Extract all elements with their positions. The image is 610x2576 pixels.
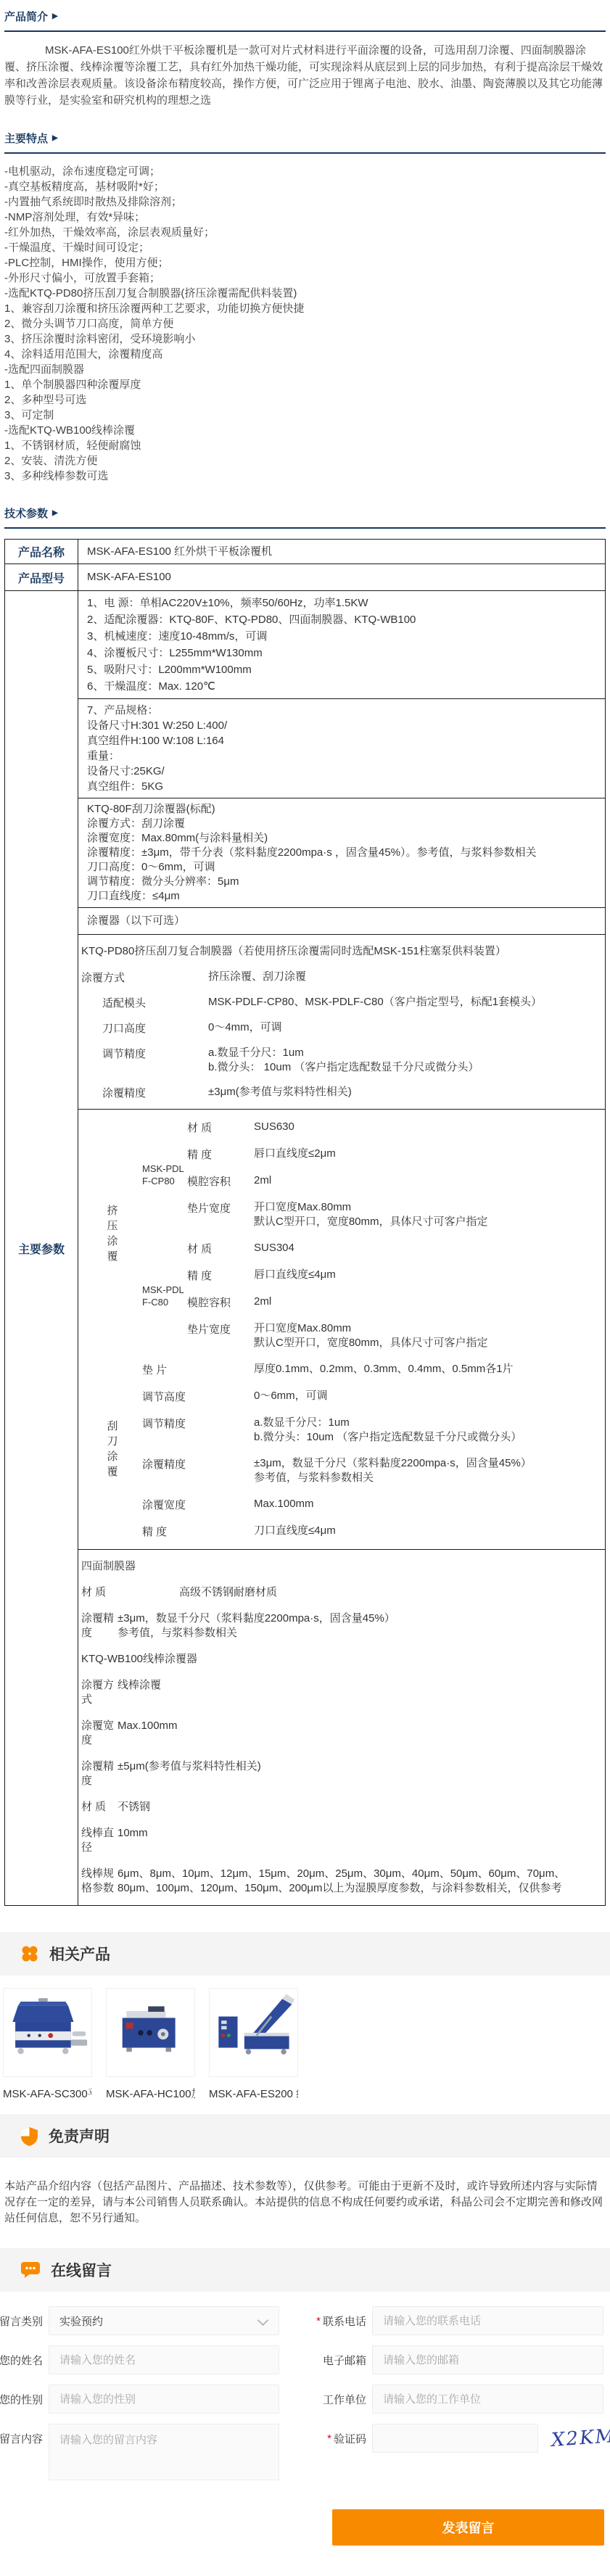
tech-line: 2、适配涂覆器：KTQ-80F、KTQ-PD80、四面制膜器、KTQ-WB100: [87, 611, 598, 628]
disclaimer-title: 免责声明: [49, 2125, 110, 2147]
section-title-intro: 产品简介 ▶: [4, 6, 606, 24]
feature-line: -选配KTQ-PD80挤压刮刀复合制膜器(挤压涂覆需配供料装置): [4, 286, 606, 301]
param-label: 调节精度: [142, 1416, 254, 1445]
table-row: 产品型号 MSK-AFA-ES100: [5, 563, 605, 590]
feature-line: 2、安装、清洗方便: [4, 453, 606, 468]
param-label: 线棒规格参数: [81, 1867, 118, 1896]
tech-line: 真空组件：5KG: [87, 779, 598, 794]
tech-line: 设备尺寸H:301 W:250 L:400/: [87, 718, 598, 733]
model-cp80: MSK-PDLF-CP80 材 质 SUS630 精 度 唇口直: [142, 1114, 598, 1235]
captcha-input[interactable]: [372, 2424, 538, 2453]
basic-params-block: 1、电 源：单相AC220V±10%，频率50/60Hz，功率1.5KW2、适配…: [78, 591, 605, 698]
related-product-card[interactable]: MSK-AFA-HC100加...: [106, 1988, 195, 2101]
param-label: 涂覆精度: [81, 1611, 118, 1640]
param-row: 垫片宽度 开口宽度Max.80mm 默认C型开口，宽度80mm，具体尺寸可客户指…: [187, 1194, 598, 1235]
section-divider: [4, 30, 606, 32]
feature-line: -选配四面制膜器: [4, 362, 606, 377]
param-label: 线棒直径: [81, 1826, 118, 1855]
tech-line: 涂覆方式：刮刀涂覆: [87, 817, 598, 831]
disclaimer-text: 本站产品介绍内容（包括产品图片、产品描述、技术参数等），仅供参考。可能由于更新不…: [0, 2158, 610, 2248]
param-label: 涂覆方式: [81, 1678, 118, 1707]
param-value: 10mm: [118, 1826, 598, 1855]
chevron-down-icon: [257, 2315, 269, 2327]
tech-line: 设备尺寸:25KG/: [87, 764, 598, 779]
param-label: 垫片宽度: [187, 1321, 254, 1350]
related-product-title: MSK-AFA-HC100加...: [106, 2086, 195, 2101]
feature-line: -选配KTQ-WB100线棒涂覆: [4, 423, 606, 438]
feature-line: -外形尺寸偏小，可放置手套箱；: [4, 271, 606, 286]
param-row: 精 度 刀口直线度≤4μm: [142, 1518, 598, 1545]
features-list: -电机驱动，涂布速度稳定可调；-真空基板精度高，基材吸附*好；-内置抽气系统即时…: [4, 164, 606, 484]
tech-line: 真空组件H:100 W:108 L:164: [87, 733, 598, 748]
param-value: 2ml: [254, 1295, 598, 1310]
category-label: * 留言类别: [6, 2306, 49, 2335]
tech-line: 1、电 源：单相AC220V±10%，频率50/60Hz，功率1.5KW: [87, 595, 598, 611]
table-row-main-params: 主要参数 1、电 源：单相AC220V±10%，频率50/60Hz，功率1.5K…: [5, 590, 605, 1905]
tech-line: 涂覆精度：±3μm，带千分表（浆料黏度2200mpa·s ，固含量45%）。参考…: [87, 846, 598, 860]
param-row: 涂覆精度 ±3μm(参考值与浆料特性相关): [81, 1080, 598, 1105]
disclaimer-band: 免责声明: [0, 2114, 610, 2158]
param-label: 材 质: [81, 1585, 118, 1600]
related-product-card[interactable]: MSK-AFA-SC300平...: [3, 1988, 92, 2101]
param-value: a.数显千分尺：1um b.微分头：10um （客户指定选配数显千分尺或微分头）: [254, 1416, 598, 1445]
tech-line: 刀口高度：0～6mm，可调: [87, 860, 598, 875]
param-row: 涂覆宽度 Max.100mm: [81, 1713, 598, 1754]
extrusion-group: 挤压涂覆 MSK-PDLF-CP80 材 质 SUS630: [81, 1114, 598, 1356]
param-value: 唇口直线度≤2μm: [254, 1147, 598, 1162]
product-name-value: MSK-AFA-ES100 红外烘干平板涂覆机: [78, 540, 605, 563]
param-label: 刀口高度: [81, 1020, 208, 1036]
param-value: SUS630: [254, 1120, 598, 1135]
four-side-title: 四面制膜器: [81, 1553, 598, 1580]
required-asterisk: *: [316, 2315, 321, 2327]
param-label: 精 度: [187, 1268, 254, 1283]
email-input[interactable]: [372, 2345, 603, 2374]
param-value: 0～4mm，可调: [208, 1020, 598, 1036]
param-row: 适配模头 MSK-PDLF-CP80、MSK-PDLF-C80（客户指定型号，标…: [81, 990, 598, 1015]
tech-line: KTQ-80F刮刀涂覆器(标配): [87, 802, 598, 817]
product-model-value: MSK-AFA-ES100: [78, 564, 605, 590]
category-selected-value: 实验预约: [59, 2313, 103, 2329]
param-row: 涂覆精度 ±3μm，数显千分尺（浆料黏度2200mpa·s，固含量45%） 参考…: [81, 1606, 598, 1646]
param-row: 调节精度 a.数显千分尺：1um b.微分头： 10um （客户指定选配数显千分…: [81, 1041, 598, 1080]
related-product-title: MSK-AFA-ES200 红...: [209, 2086, 298, 2101]
section-title-tech: 技术参数 ▶: [4, 503, 606, 521]
email-label: 电子邮箱: [279, 2345, 372, 2374]
name-label: 您的姓名: [6, 2345, 49, 2374]
param-row: 调节高度 0～6mm，可调: [142, 1383, 598, 1410]
param-value: SUS304: [254, 1241, 598, 1256]
param-label: 垫 片: [142, 1362, 254, 1377]
param-value: 刀口直线度≤4μm: [254, 1524, 598, 1539]
section-title-features: 主要特点 ▶: [4, 128, 606, 146]
related-products-band: 相关产品: [0, 1932, 610, 1976]
table-row: 产品名称 MSK-AFA-ES100 红外烘干平板涂覆机: [5, 540, 605, 563]
related-products-list: MSK-AFA-SC300平... MSK-AFA-HC100加...: [0, 1976, 610, 2114]
related-product-title: MSK-AFA-SC300平...: [3, 2086, 92, 2101]
triangle-right-icon: ▶: [52, 13, 58, 20]
clover-dots-icon: [20, 1944, 39, 1963]
param-value: 挤压涂覆、刮刀涂覆: [208, 970, 598, 985]
param-value: 唇口直线度≤4μm: [254, 1268, 598, 1283]
param-row: 调节精度 a.数显千分尺：1um b.微分头：10um （客户指定选配数显千分尺…: [142, 1410, 598, 1450]
online-message-band: 在线留言: [0, 2248, 610, 2292]
param-row: 涂覆精度 ±3μm，数显千分尺（浆料黏度2200mpa·s，固含量45%） 参考…: [142, 1450, 598, 1491]
param-row: 模腔容积 2ml: [187, 1289, 598, 1316]
feature-line: -NMP溶剂处理，有效*异味；: [4, 210, 606, 225]
param-row: 模腔容积 2ml: [187, 1168, 598, 1194]
feature-line: 1、单个制膜器四种涂覆厚度: [4, 377, 606, 392]
tech-line: 7、产品规格：: [87, 703, 598, 718]
param-row: 材 质 高级不锈钢耐磨材质: [81, 1580, 598, 1606]
captcha-label: * 验证码: [279, 2424, 372, 2453]
param-value: MSK-PDLF-CP80、MSK-PDLF-C80（客户指定型号，标配1套模头…: [208, 995, 598, 1010]
param-label: 材 质: [187, 1120, 254, 1135]
param-row: 涂覆方式 挤压涂覆、刮刀涂覆: [81, 965, 598, 990]
param-row: 精 度 唇口直线度≤4μm: [187, 1262, 598, 1289]
param-label: 模腔容积: [187, 1173, 254, 1189]
param-label: 适配模头: [81, 995, 208, 1010]
param-value: ±5μm(参考值与浆料特性相关): [118, 1759, 598, 1788]
feature-line: -红外加热，干燥效率高，涂层表观质量好；: [4, 225, 606, 240]
row-header: 产品名称: [5, 540, 78, 563]
param-value: 高级不锈钢耐磨材质: [118, 1585, 598, 1600]
coater-groups-block: 挤压涂覆 MSK-PDLF-CP80 材 质 SUS630: [78, 1109, 605, 1549]
ktq80f-block: KTQ-80F刮刀涂覆器(标配)涂覆方式：刮刀涂覆涂覆宽度：Max.80mm(与…: [78, 798, 605, 907]
param-value: 不锈钢: [118, 1800, 598, 1815]
shield-icon: [20, 2126, 38, 2146]
param-value: a.数显千分尺：1um b.微分头： 10um （客户指定选配数显千分尺或微分头…: [208, 1046, 598, 1075]
param-value: 开口宽度Max.80mm 默认C型开口，宽度80mm，具体尺寸可客户指定: [254, 1200, 598, 1229]
feature-line: -PLC控制，HMI操作，使用方便；: [4, 255, 606, 271]
param-value: Max.100mm: [118, 1719, 598, 1748]
wb100-title: KTQ-WB100线棒涂覆器: [81, 1646, 598, 1672]
param-label: 垫片宽度: [187, 1200, 254, 1229]
param-row: 涂覆宽度 Max.100mm: [142, 1491, 598, 1518]
param-label: 材 质: [187, 1241, 254, 1256]
feature-line: 1、兼容刮刀涂覆和挤压涂覆两种工艺要求，功能切换方便快捷: [4, 301, 606, 316]
ktq-pd80-title: KTQ-PD80挤压刮刀复合制膜器（若使用挤压涂覆需同时选配MSK-151柱塞泵…: [81, 938, 598, 965]
gender-input[interactable]: [49, 2385, 279, 2414]
feature-line: 2、微分头调节刀口高度，简单方便: [4, 316, 606, 331]
param-value: 开口宽度Max.80mm 默认C型开口，宽度80mm，具体尺寸可客户指定: [254, 1321, 598, 1350]
machine-hc100-illustration: [109, 1991, 192, 2074]
param-label: 涂覆宽度: [142, 1497, 254, 1512]
message-form: * 留言类别 实验预约 * 联系电话 您的姓名 电子邮箱 您的性别 工作单位: [0, 2292, 610, 2546]
related-product-image: [209, 1988, 298, 2077]
section-divider: [4, 527, 606, 529]
param-row: 线棒直径 10mm: [81, 1820, 598, 1861]
param-label: 调节高度: [142, 1389, 254, 1404]
message-category-select[interactable]: 实验预约: [49, 2306, 279, 2335]
optional-coaters-note: 涂覆器（以下可选）: [78, 907, 605, 934]
feature-line: 3、多种线棒参数可选: [4, 468, 606, 484]
param-label: 涂覆精度: [142, 1456, 254, 1485]
wb100-rows: 涂覆方式 线棒涂覆 涂覆宽度 Max.100mm 涂覆精度 ±5μm(参考值与浆…: [81, 1672, 598, 1902]
param-row: 材 质 不锈钢: [81, 1794, 598, 1820]
feature-line: -内置抽气系统即时散热及排除溶剂；: [4, 194, 606, 210]
feature-line: -真空基板精度高，基材吸附*好；: [4, 179, 606, 194]
param-label: 调节精度: [81, 1046, 208, 1075]
feature-line: 2、多种型号可选: [4, 392, 606, 408]
tech-line: 5、吸附尺寸：L200mm*W100mm: [87, 661, 598, 678]
gender-label: 您的性别: [6, 2385, 49, 2414]
tech-line: 6、干燥温度：Max. 120℃: [87, 678, 598, 695]
machine-sc300-illustration: [6, 1991, 89, 2074]
phone-label: * 联系电话: [279, 2306, 372, 2335]
four-side-wb100-block: 四面制膜器 材 质 高级不锈钢耐磨材质 涂覆精度 ±3μm，数显千分尺（浆料黏度…: [78, 1549, 605, 1905]
param-value: ±3μm，数显千分尺（浆料黏度2200mpa·s，固含量45%） 参考值，与浆料…: [254, 1456, 598, 1485]
features-title-text: 主要特点: [4, 131, 48, 146]
model-c80: MSK-PDLF-C80 材 质 SUS304 精 度 唇口直线: [142, 1235, 598, 1356]
param-row: 线棒规格参数 6μm、8μm、10μm、12μm、15μm、20μm、25μm、…: [81, 1861, 598, 1902]
message-content-textarea[interactable]: [49, 2424, 279, 2480]
chat-bubble-icon: [20, 2261, 41, 2279]
param-row: 精 度 唇口直线度≤2μm: [187, 1141, 598, 1168]
related-products-title: 相关产品: [49, 1943, 110, 1965]
param-row: 材 质 SUS630: [187, 1114, 598, 1141]
extrusion-vertical-label: 挤压涂覆: [104, 1205, 120, 1266]
param-label: 精 度: [187, 1147, 254, 1162]
tech-title-text: 技术参数: [4, 505, 48, 521]
tech-line: 刀口直线度：≤4μm: [87, 889, 598, 904]
ktq-pd80-block: KTQ-PD80挤压刮刀复合制膜器（若使用挤压涂覆需同时选配MSK-151柱塞泵…: [78, 934, 605, 1109]
param-row: 涂覆方式 线棒涂覆: [81, 1672, 598, 1713]
param-value: 厚度0.1mm、0.2mm、0.3mm、0.4mm、0.5mm各1片: [254, 1362, 598, 1377]
param-row: 垫 片 厚度0.1mm、0.2mm、0.3mm、0.4mm、0.5mm各1片: [142, 1356, 598, 1383]
param-value: 0～6mm，可调: [254, 1389, 598, 1404]
param-label: 涂覆宽度: [81, 1719, 118, 1748]
feature-line: -干燥温度、干燥时间可设定；: [4, 240, 606, 255]
param-label: 材 质: [81, 1800, 118, 1815]
intro-title-text: 产品简介: [4, 9, 48, 24]
param-label: 涂覆方式: [81, 970, 208, 985]
captcha-image[interactable]: X2KM: [551, 2425, 610, 2451]
tech-line: 4、涂覆板尺寸：L255mm*W130mm: [87, 645, 598, 661]
company-input[interactable]: [372, 2385, 603, 2414]
param-value: ±3μm(参考值与浆料特性相关): [208, 1085, 598, 1100]
param-row: 材 质 SUS304: [187, 1235, 598, 1262]
param-label: 精 度: [142, 1524, 254, 1539]
machine-es200-illustration: [212, 1991, 295, 2074]
tech-table: 产品名称 MSK-AFA-ES100 红外烘干平板涂覆机 产品型号 MSK-AF…: [4, 539, 606, 1906]
param-value: Max.100mm: [254, 1497, 598, 1512]
param-row: 垫片宽度 开口宽度Max.80mm 默认C型开口，宽度80mm，具体尺寸可客户指…: [187, 1316, 598, 1356]
pd80-param-rows: 适配模头 MSK-PDLF-CP80、MSK-PDLF-C80（客户指定型号，标…: [81, 990, 598, 1105]
related-product-image: [106, 1988, 195, 2077]
phone-input[interactable]: [372, 2306, 603, 2335]
tech-line: 涂覆宽度：Max.80mm(与涂料量相关): [87, 831, 598, 846]
feature-line: 3、可定制: [4, 408, 606, 423]
param-value: 6μm、8μm、10μm、12μm、15μm、20μm、25μm、30μm、40…: [118, 1867, 598, 1896]
feature-line: -电机驱动，涂布速度稳定可调；: [4, 164, 606, 179]
tech-line: 调节精度：微分头分辨率：5μm: [87, 875, 598, 889]
param-row: 刀口高度 0～4mm，可调: [81, 1015, 598, 1041]
triangle-right-icon: ▶: [52, 510, 58, 517]
row-header: 主要参数: [5, 591, 78, 1905]
param-row: 涂覆精度 ±5μm(参考值与浆料特性相关): [81, 1754, 598, 1794]
product-spec-block: 7、产品规格：设备尺寸H:301 W:250 L:400/真空组件H:100 W…: [78, 698, 605, 798]
blade-vertical-label: 刮刀涂覆: [104, 1420, 120, 1481]
model-name: MSK-PDLF-CP80: [142, 1114, 187, 1235]
feature-line: 4、涂料适用范围大，涂覆精度高: [4, 347, 606, 362]
tech-line: 重量：: [87, 748, 598, 764]
content-label: * 留言内容: [6, 2424, 49, 2453]
param-label: 模腔容积: [187, 1295, 254, 1310]
param-label: 涂覆精度: [81, 1085, 208, 1100]
feature-line: 1、不锈钢材质，轻便耐腐蚀: [4, 438, 606, 453]
submit-button[interactable]: 发表留言: [332, 2509, 604, 2546]
feature-line: 3、挤压涂覆时涂料密闭，受环境影响小: [4, 331, 606, 347]
section-divider: [4, 152, 606, 154]
blade-group: 刮刀涂覆 垫 片 厚度0.1mm、0.2mm、0.3mm、0.4mm、0.5mm…: [81, 1356, 598, 1545]
company-label: 工作单位: [279, 2385, 372, 2414]
intro-paragraph: MSK-AFA-ES100红外烘干平板涂覆机是一款可对片式材料进行平面涂覆的设备…: [4, 42, 606, 109]
online-message-title: 在线留言: [51, 2259, 112, 2281]
param-label: 涂覆精度: [81, 1759, 118, 1788]
related-product-image: [3, 1988, 92, 2077]
param-value: ±3μm，数显千分尺（浆料黏度2200mpa·s，固含量45%） 参考值，与浆料…: [118, 1611, 598, 1640]
related-product-card[interactable]: MSK-AFA-ES200 红...: [209, 1988, 298, 2101]
tech-line: 3、机械速度：速度10-48mm/s，可调: [87, 628, 598, 645]
row-header: 产品型号: [5, 564, 78, 590]
triangle-right-icon: ▶: [52, 135, 58, 142]
model-name: MSK-PDLF-C80: [142, 1235, 187, 1356]
required-asterisk: *: [327, 2432, 331, 2445]
name-input[interactable]: [49, 2345, 279, 2374]
param-value: 2ml: [254, 1173, 598, 1189]
param-value: 线棒涂覆: [118, 1678, 598, 1707]
